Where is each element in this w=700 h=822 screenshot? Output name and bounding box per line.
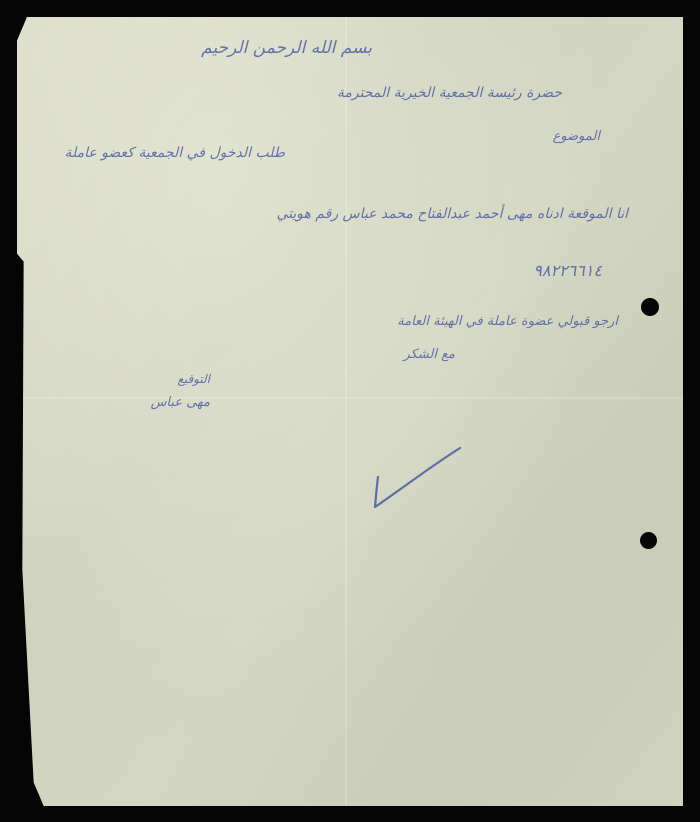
- subject-line: طلب الدخول في الجمعية كعضو عاملة: [64, 145, 285, 161]
- signature-name: مهى عباس: [151, 395, 210, 410]
- request-line: ارجو قبولي عضوة عاملة في الهيئة العامة: [397, 314, 618, 329]
- punch-hole-bottom: [640, 532, 657, 549]
- punch-hole-top: [641, 298, 659, 316]
- checkmark-icon: [370, 445, 470, 515]
- closing-line: مع الشكر: [403, 347, 455, 362]
- fold-crease-horizontal: [17, 397, 683, 399]
- fold-crease-vertical: [345, 17, 347, 806]
- basmala-line: بسم الله الرحمن الرحيم: [201, 38, 372, 58]
- addressee-line: حضرة رئيسة الجمعية الخيرية المحترمة: [337, 85, 562, 101]
- body-intro-line: انا الموقعة ادناه مهى أحمد عبدالفتاح محم…: [276, 206, 628, 222]
- id-number: ٩٨٢٢٦٦١٤: [533, 261, 602, 280]
- subject-label: الموضوع: [553, 129, 600, 144]
- signature-label: التوقيع: [177, 372, 210, 386]
